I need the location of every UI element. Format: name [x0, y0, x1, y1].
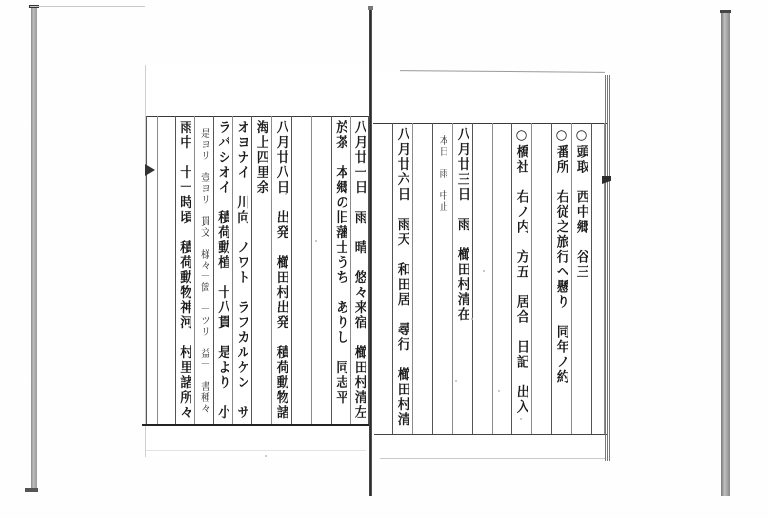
scan-speck — [471, 318, 473, 320]
right-column-rule — [551, 123, 552, 434]
left-column-rule — [213, 116, 214, 424]
left-column-rule — [194, 116, 195, 424]
right-page-bottom-edge — [380, 458, 605, 459]
right-column-rule — [492, 123, 493, 434]
right-column-rule — [591, 123, 592, 434]
left-column-rule — [271, 116, 272, 424]
left-column-rule — [251, 116, 252, 424]
left-column-rule — [146, 116, 147, 424]
text-column: ○番所 右従之旅行へ懸り 同年ノ約 — [554, 127, 568, 427]
right-column-rule — [452, 123, 453, 434]
text-column: 八月廿八日 出発 櫛田村出発 積荷動物諸物 付近荷送り — [274, 120, 288, 420]
top-shadow-line — [30, 6, 145, 7]
right-column-rule — [531, 123, 532, 434]
scan-speck — [520, 418, 522, 420]
right-column-rule — [412, 123, 413, 434]
scan-speck — [285, 193, 287, 195]
left-column-rule — [331, 116, 332, 424]
left-top-rule — [146, 116, 370, 117]
left-column-rule — [291, 116, 292, 424]
scan-speck — [483, 270, 485, 272]
book-spine-cap — [368, 6, 373, 10]
left-bottom-rule — [142, 424, 370, 426]
right-column-rule — [392, 123, 393, 434]
book-spine — [369, 6, 372, 496]
right-book-edge-cap — [720, 10, 731, 13]
text-column: ラバシオイ 積荷動植 十八貫 是より 小舟ヲ送ス — [216, 120, 230, 420]
scan-speck — [265, 455, 267, 457]
scan-speck — [315, 240, 317, 242]
left-page-bottom-edge — [146, 450, 366, 451]
right-column-rule — [472, 123, 473, 434]
left-index-tab-marker — [145, 164, 155, 176]
right-column-rule — [432, 123, 433, 434]
right-outer-border — [605, 75, 606, 461]
scan-speck — [455, 380, 457, 382]
left-column-rule — [157, 116, 158, 424]
right-outer-border — [609, 75, 610, 461]
text-column: 八月廿三日 雨 櫛田村清在 — [455, 127, 469, 427]
text-column: 是ヨリ 壹ヨリ 貫文 様々一箇 一ツリ 益一 書種々 — [199, 128, 209, 428]
left-column-rule — [311, 116, 312, 424]
right-column-rule — [511, 123, 512, 434]
right-column-rule — [571, 123, 572, 434]
text-column: 八月廿六日 雨天 和田居 尋行 櫛田村清在 — [395, 127, 409, 427]
text-column: 本日 雨 中止 — [437, 135, 447, 435]
right-book-edge — [721, 11, 730, 496]
text-column: 雨中 十一時頃 積荷動物神河 村里諸所々 着達 村民 織吹与達 — [178, 120, 192, 420]
left-book-edge — [31, 7, 37, 491]
scanned-document: 八月廿一日 雨 晴 悠々来宿 櫛田村清左衛門於茶 本郷の旧藩士うち ありし 同志… — [0, 0, 768, 518]
text-column: 於茶 本郷の旧藩士うち ありし 同志平 大変の 出来るところ 稀 — [334, 120, 348, 420]
right-bottom-rule — [374, 434, 607, 435]
text-column: オヨナイ 川向 ノワト ラフカルケン サイノ河久 フバシオイ — [235, 120, 249, 420]
right-outer-border — [607, 75, 608, 461]
left-column-rule — [232, 116, 233, 424]
text-column: 八月廿一日 雨 晴 悠々来宿 櫛田村清左衛門 — [352, 120, 366, 420]
scan-speck — [498, 390, 500, 392]
text-column: ○頭取 西中郷 谷三 — [574, 127, 588, 427]
left-book-edge-foot — [25, 488, 38, 492]
text-column: 海上四里余 — [254, 120, 268, 420]
left-column-rule — [175, 116, 176, 424]
left-column-rule — [350, 116, 351, 424]
text-column: ○橋社 右ノ内 方五 居合 日記 出入 同年々 — [514, 127, 528, 427]
